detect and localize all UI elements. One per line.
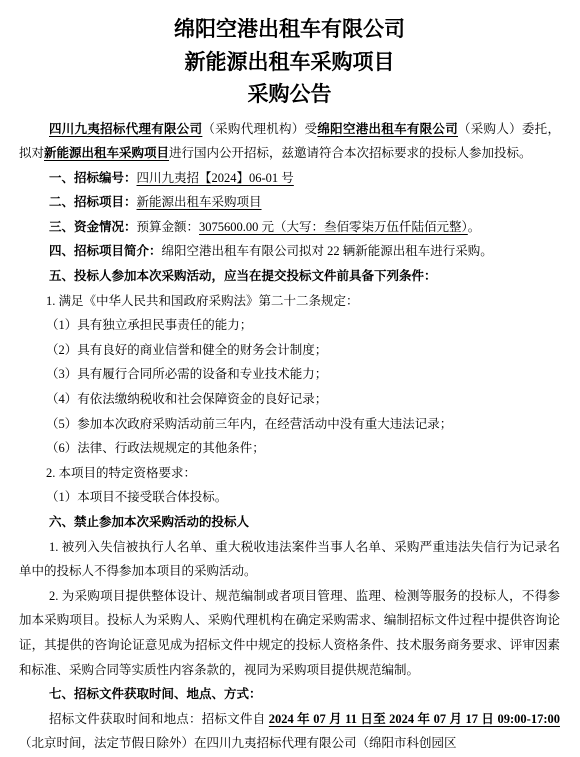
- budget-prefix: 预算金额：: [137, 220, 200, 234]
- document-acquisition-paragraph: 招标文件获取时间和地点：招标文件自 2024 年 07 月 11 日至 2024…: [19, 707, 560, 756]
- procurement-announcement-document: 绵阳空港出租车有限公司 新能源出租车采购项目 采购公告 四川九夷招标代理有限公司…: [0, 0, 580, 757]
- intro-paragraph: 四川九夷招标代理有限公司（采购代理机构）受绵阳空港出租车有限公司（采购人）委托，…: [19, 117, 560, 166]
- prohibited-bidders-para-1: 1. 被列入失信被执行人名单、重大税收违法案件当事人名单、采购严重违法失信行为记…: [19, 535, 560, 584]
- intro-text-tail: 进行国内公开招标，兹邀请符合本次招标要求的投标人参加投标。: [169, 146, 532, 160]
- condition-item-3: （3）具有履行合同所必需的设备和专业技术能力；: [19, 362, 560, 387]
- condition-item-4: （4）有依法缴纳税收和社会保障资金的良好记录；: [19, 387, 560, 412]
- budget-suffix: 。: [468, 220, 481, 234]
- condition-item-6: （6）法律、行政法规规定的其他条件；: [19, 436, 560, 461]
- prohibited-bidders-heading-text: 六、禁止参加本次采购活动的投标人: [49, 515, 249, 529]
- agency-name: 四川九夷招标代理有限公司: [49, 122, 202, 136]
- section-document-acquisition-heading: 七、招标文件获取时间、地点、方式：: [19, 682, 560, 707]
- section-tender-project: 二、招标项目：新能源出租车采购项目: [19, 190, 560, 215]
- section-funding: 三、资金情况：预算金额：3075600.00 元（大写：叁佰零柒万伍仟陆佰元整）…: [19, 215, 560, 240]
- condition-item-1: （1）具有独立承担民事责任的能力；: [19, 313, 560, 338]
- purchaser-name: 绵阳空港出租车有限公司: [317, 122, 458, 136]
- prohibited-bidders-para-2: 2. 为采购项目提供整体设计、规范编制或者项目管理、监理、检测等服务的投标人，不…: [19, 584, 560, 682]
- section-tender-project-label: 二、招标项目：: [49, 195, 137, 209]
- section-project-brief: 四、招标项目简介：绵阳空港出租车有限公司拟对 22 辆新能源出租车进行采购。: [19, 239, 560, 264]
- condition-rule-2-item: （1）本项目不接受联合体投标。: [19, 485, 560, 510]
- tender-number-value: 四川九夷招【2024】06-01 号: [137, 171, 294, 185]
- doc-title-company: 绵阳空港出租车有限公司: [19, 14, 560, 47]
- doc-title-announcement-type: 采购公告: [19, 79, 560, 112]
- section-project-brief-label: 四、招标项目简介：: [49, 244, 162, 258]
- section-tender-number-label: 一、招标编号：: [49, 171, 137, 185]
- project-name: 新能源出租车采购项目: [44, 146, 169, 160]
- section-prohibited-bidders-heading: 六、禁止参加本次采购活动的投标人: [19, 510, 560, 535]
- document-title-block: 绵阳空港出租车有限公司 新能源出租车采购项目 采购公告: [19, 14, 560, 112]
- condition-item-5: （5）参加本次政府采购活动前三年内，在经营活动中没有重大违法记录；: [19, 412, 560, 437]
- project-brief-text: 绵阳空港出租车有限公司拟对 22 辆新能源出租车进行采购。: [162, 244, 493, 258]
- section-bidder-conditions-heading: 五、投标人参加本次采购活动，应当在提交投标文件前具备下列条件：: [19, 264, 560, 289]
- bidder-conditions-heading-text: 五、投标人参加本次采购活动，应当在提交投标文件前具备下列条件：: [49, 269, 437, 283]
- section-tender-number: 一、招标编号：四川九夷招【2024】06-01 号: [19, 166, 560, 191]
- doc-title-project: 新能源出租车采购项目: [19, 47, 560, 80]
- acquisition-text-prefix: 招标文件获取时间和地点：招标文件自: [49, 712, 269, 726]
- section-funding-label: 三、资金情况：: [49, 220, 137, 234]
- budget-amount-value: 3075600.00 元（大写：叁佰零柒万伍仟陆佰元整）: [199, 220, 468, 234]
- document-acquisition-heading-text: 七、招标文件获取时间、地点、方式：: [49, 687, 262, 701]
- acquisition-period-value: 2024 年 07 月 11 日至 2024 年 07 月 17 日 09:00…: [269, 712, 560, 726]
- condition-rule-2: 2. 本项目的特定资格要求：: [19, 461, 560, 486]
- condition-rule-1: 1. 满足《中华人民共和国政府采购法》第二十二条规定：: [19, 289, 560, 314]
- intro-text-after-agency: （采购代理机构）受: [202, 122, 317, 136]
- acquisition-text-suffix: （北京时间，法定节假日除外）在四川九夷招标代理有限公司（绵阳市科创园区: [19, 736, 457, 750]
- tender-project-value: 新能源出租车采购项目: [137, 195, 262, 209]
- condition-item-2: （2）具有良好的商业信誉和健全的财务会计制度；: [19, 338, 560, 363]
